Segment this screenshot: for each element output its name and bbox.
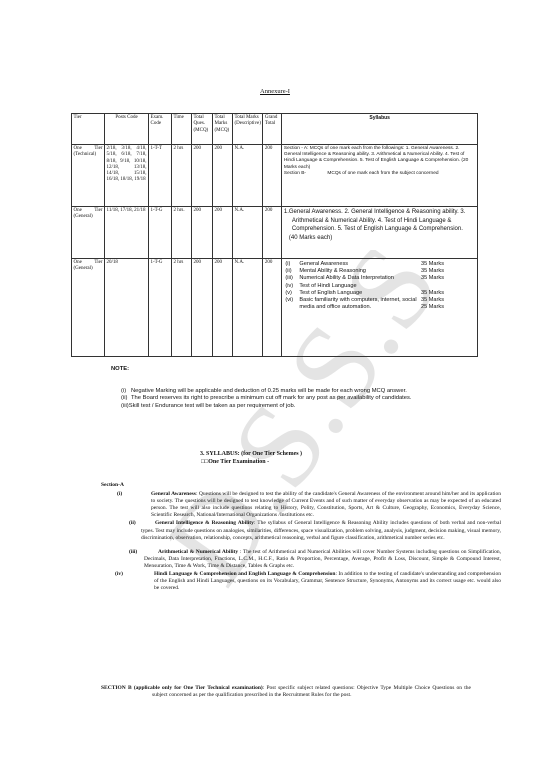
note-num: (iii) xyxy=(121,403,129,411)
cell-syllabus: Section - A: MCQs of one mark each from … xyxy=(282,145,478,207)
cell-syllabus: 1.General Awareness. 2. General Intellig… xyxy=(282,207,478,259)
cell-total-ques: 200 xyxy=(192,259,213,357)
subject-item: (ii)Mental Ability & Reasoning xyxy=(285,268,419,275)
syllabus-subheading: □□One Tier Examination - xyxy=(201,458,550,466)
subject-marks: 35 Marks xyxy=(421,297,477,304)
table-header-row: Tier Posts Code Exam. Code Time Total Qu… xyxy=(72,114,478,145)
subject-num: (ii) xyxy=(285,268,299,275)
syllabus-item: (i) General Awareness: Questions will be… xyxy=(101,491,501,519)
note-title: NOTE: xyxy=(111,366,461,374)
subject-num: (iv) xyxy=(285,283,299,290)
subject-marks: 25 Marks xyxy=(421,304,477,311)
subject-num: (v) xyxy=(285,290,299,297)
cell-posts-code: 11/18, 17/18, 21/18 xyxy=(105,207,149,259)
cell-total-marks-mcq: 200 xyxy=(213,207,233,259)
cell-time: 2 hrs xyxy=(172,145,192,207)
cell-exam-code: 1-T-G xyxy=(149,207,172,259)
item-num: (iii) xyxy=(129,549,137,556)
subject-marks: 35 Marks xyxy=(421,275,477,282)
item-title: Hindi Language & Comprehension and Engli… xyxy=(154,571,335,577)
note-item: (i) Negative Marking will be applicable … xyxy=(121,388,461,396)
subjects-table: (i)General Awareness(ii)Mental Ability &… xyxy=(282,259,477,356)
item-num: (ii) xyxy=(129,520,136,527)
cell-tier: One Tier (General) xyxy=(72,207,105,259)
cell-syllabus: (i)General Awareness(ii)Mental Ability &… xyxy=(282,259,478,357)
header-posts-code: Posts Code xyxy=(105,114,149,145)
table-row: One Tier (General) 11/18, 17/18, 21/18 1… xyxy=(72,207,478,259)
cell-time: 2 hrs. xyxy=(172,207,192,259)
cell-total-marks-desc: N.A. xyxy=(233,145,263,207)
note-text: The Board reserves its right to prescrib… xyxy=(131,395,412,403)
syllabus-section-b: Section B- MCQs of one mark each from th… xyxy=(284,171,476,177)
subjects-list: (i)General Awareness(ii)Mental Ability &… xyxy=(282,259,421,356)
cell-grand-total: 200 xyxy=(263,259,282,357)
item-title: General Intelligence & Reasoning Ability xyxy=(155,520,254,526)
subject-name: Numerical Ability & Data Interpretation xyxy=(299,275,394,282)
header-time: Time xyxy=(172,114,192,145)
subject-item: (i)General Awareness xyxy=(285,261,419,268)
section-a: Section-A (i) General Awareness: Questio… xyxy=(101,482,501,592)
note-text: Negative Marking will be applicable and … xyxy=(131,388,407,396)
subject-name: Basic familiarity with computers, intern… xyxy=(299,297,419,311)
subject-name: Test of Hindi Language xyxy=(299,283,356,290)
table-row: One Tier (General) 20/18 1-T-G 2 hrs 200… xyxy=(72,259,478,357)
subject-marks: 35 Marks xyxy=(421,268,477,275)
cell-time: 2 hrs xyxy=(172,259,192,357)
note-block: NOTE: (i) Negative Marking will be appli… xyxy=(111,366,461,410)
note-item: (ii) The Board reserves its right to pre… xyxy=(121,395,461,403)
section-b-text: MCQs of one mark each from the subject c… xyxy=(327,171,438,176)
cell-posts-code: 20/18 xyxy=(105,259,149,357)
table-row: One Tier (Technical) 2/18, 3/18, 4/18, 5… xyxy=(72,145,478,207)
subject-item: (vi)Basic familiarity with computers, in… xyxy=(285,297,419,311)
section-b-label: Section B- xyxy=(284,171,306,176)
marks-list: 35 Marks35 Marks35 Marks35 Marks35 Marks… xyxy=(421,259,477,356)
subject-marks: 35 Marks xyxy=(421,290,477,297)
syllabus-heading-block: 3. SYLLABUS: (for One Tier Schemes ) □□O… xyxy=(0,450,550,466)
section-b-title: SECTION B (applicable only for One Tier … xyxy=(101,685,263,691)
cell-exam-code: 1-T-G xyxy=(149,259,172,357)
syllabus-marks: (40 Marks each) xyxy=(284,234,476,243)
header-total-marks-mcq: Total Marks (MCQ) xyxy=(213,114,233,145)
subject-num: (i) xyxy=(285,261,299,268)
header-exam-code: Exam. Code xyxy=(149,114,172,145)
note-item: (iii) Skill test / Endurance test will b… xyxy=(121,403,461,411)
cell-exam-code: 1-T-T xyxy=(149,145,172,207)
item-num: (iv) xyxy=(115,571,123,578)
cell-total-marks-desc: N.A. xyxy=(233,259,263,357)
cell-total-marks-desc: N.A. xyxy=(233,207,263,259)
cell-tier: One Tier (Technical) xyxy=(72,145,105,207)
syllabus-text: 1.General Awareness. 2. General Intellig… xyxy=(284,208,476,234)
syllabus-item: (iii) Arithmetical & Numerical Ability :… xyxy=(101,549,501,570)
item-text: : Questions will be designed to test the… xyxy=(151,491,501,518)
section-b: SECTION B (applicable only for One Tier … xyxy=(101,685,471,699)
subject-marks: 35 Marks xyxy=(421,261,477,268)
header-total-ques: Total Ques. (MCQ) xyxy=(192,114,213,145)
cell-posts-code: 2/18, 3/18, 4/18, 5/18, 6/18, 7/18, 8/18… xyxy=(105,145,149,207)
syllabus-section-a: Section - A: MCQs of one mark each from … xyxy=(284,146,476,171)
subject-item: (iii)Numerical Ability & Data Interpreta… xyxy=(285,275,419,282)
item-title: Arithmetical & Numerical Ability xyxy=(158,549,238,555)
note-num: (i) xyxy=(121,388,131,396)
cell-tier: One Tier (General) xyxy=(72,259,105,357)
note-num: (ii) xyxy=(121,395,131,403)
header-total-marks-desc: Total Marks (Descriptive) xyxy=(233,114,263,145)
subject-num: (vi) xyxy=(285,297,299,311)
item-title: General Awareness xyxy=(151,491,196,497)
cell-total-ques: 200 xyxy=(192,207,213,259)
subject-item: (v)Test of English Language xyxy=(285,290,419,297)
item-num: (i) xyxy=(117,491,122,498)
subject-name: General Awareness xyxy=(299,261,348,268)
exam-scheme-table: Tier Posts Code Exam. Code Time Total Qu… xyxy=(71,113,478,357)
cell-total-ques: 200 xyxy=(192,145,213,207)
header-syllabus: Syllabus xyxy=(282,114,478,145)
note-text: Skill test / Endurance test will be take… xyxy=(129,403,296,411)
subject-num: (iii) xyxy=(285,275,299,282)
subject-name: Mental Ability & Reasoning xyxy=(299,268,366,275)
section-a-title: Section-A xyxy=(101,482,501,489)
syllabus-item: (ii) General Intelligence & Reasoning Ab… xyxy=(101,520,501,541)
cell-total-marks-mcq: 200 xyxy=(213,145,233,207)
subject-item: (iv)Test of Hindi Language xyxy=(285,283,419,290)
subject-name: Test of English Language xyxy=(299,290,362,297)
cell-grand-total: 200 xyxy=(263,207,282,259)
syllabus-item: (iv) Hindi Language & Comprehension and … xyxy=(101,571,501,592)
cell-grand-total: 200 xyxy=(263,145,282,207)
cell-total-marks-mcq: 200 xyxy=(213,259,233,357)
header-tier: Tier xyxy=(72,114,105,145)
header-grand-total: Grand Total xyxy=(263,114,282,145)
syllabus-heading: 3. SYLLABUS: (for One Tier Schemes ) xyxy=(200,450,550,458)
annexure-title: Annexure-I xyxy=(0,88,550,95)
